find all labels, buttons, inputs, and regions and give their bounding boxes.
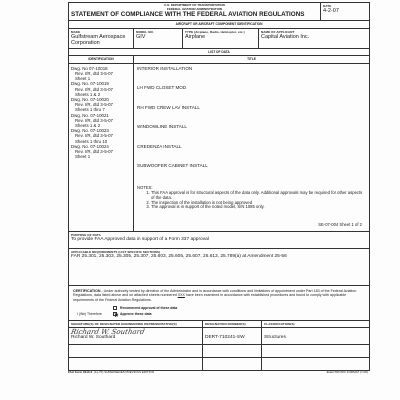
- list-item-ident: Dwg. No. 07-10023 Rev. I/R, dtd 3-5-07 S…: [71, 128, 131, 144]
- list-item-ident: Dwg. No. 07-10020 Rev. I/R, dtd 3-5-07 S…: [71, 97, 131, 113]
- empty-cell: [203, 345, 262, 357]
- approval-options: Recommend approval of these data I (We) …: [73, 305, 365, 317]
- list-item-title: LH FWD CLOSET MOD: [137, 85, 366, 90]
- form-edition-info: FAA Form 8110-3 (11-70) SUPERSEDES PREVI…: [68, 370, 154, 374]
- certification-row: CERTIFICATION - Under authority vested b…: [69, 286, 369, 321]
- faa-form-8110-3: U.S. DEPARTMENT OF TRANSPORTATION FEDERA…: [68, 2, 370, 371]
- form-title: STATEMENT OF COMPLIANCE WITH THE FEDERAL…: [71, 11, 318, 19]
- make-cell: MAKE Gulfstream Aerospace Corporation: [69, 29, 134, 48]
- list-item-title: SUBWOOFER CABINET INSTALL: [137, 163, 366, 168]
- type-value: Airplane: [185, 34, 256, 41]
- purpose-row: PURPOSE OF DATA To provide FAA Approved …: [69, 232, 369, 249]
- empty-cell: [203, 358, 262, 370]
- empty-cell: [69, 358, 203, 370]
- empty-cell: [262, 345, 369, 357]
- identification-row: MAKE Gulfstream Aerospace Corporation MO…: [69, 29, 369, 49]
- title-block: U.S. DEPARTMENT OF TRANSPORTATION FEDERA…: [69, 3, 321, 20]
- signature-label: SIGNATURE(S) OF DESIGNATED ENGINEERING R…: [69, 321, 203, 327]
- list-of-data-header: LIST OF DATA: [69, 49, 369, 57]
- date-block: DATE 4-2-07: [321, 3, 369, 20]
- col-identification: IDENTIFICATION: [69, 56, 134, 63]
- list-item-title: RH FWD CREW LAV INSTALL: [137, 105, 366, 110]
- approve-option[interactable]: I (We) Therefore Approve these data: [113, 311, 365, 317]
- list-item-title: CREDENZA INSTALL: [137, 144, 366, 149]
- sheet-reference: SE-07-004 Sheet 1 of 2: [137, 222, 366, 227]
- requirements-cell: APPLICABLE REQUIREMENTS (List specific s…: [69, 249, 369, 285]
- note-item: The approval is in support of the noted …: [151, 205, 366, 210]
- list-of-data-title: LIST OF DATA: [69, 49, 369, 56]
- title-column: INTERIOR INSTALLATION LH FWD CLOSET MOD …: [134, 64, 369, 231]
- electronic-format: ELECTRONIC FORMAT (7-00): [327, 370, 368, 374]
- certification-cell: CERTIFICATION - Under authority vested b…: [69, 286, 369, 320]
- empty-cell: [69, 345, 203, 357]
- designation-value: DERT-710241-SW: [205, 335, 259, 342]
- signature-header-row: SIGNATURE(S) OF DESIGNATED ENGINEERING R…: [69, 321, 369, 328]
- model-cell: MODEL NO. GIV: [134, 29, 183, 48]
- notes-block: NOTES: This FAA approval is for structur…: [137, 186, 366, 210]
- signature-cell: Richard W. Southard Richard W. Southard: [69, 328, 203, 344]
- form-number: FAA Form 8110-3: [68, 370, 92, 374]
- handwritten-signature: Richard W. Southard: [70, 329, 200, 335]
- classification-cell: Structures: [262, 328, 369, 344]
- list-column-headers: IDENTIFICATION TITLE: [69, 56, 369, 64]
- identification-header: AIRCRAFT OR AIRCRAFT COMPONENT IDENTIFIC…: [69, 21, 369, 29]
- empty-signature-row-2: [69, 358, 369, 370]
- notes-list: This FAA approval is for structural aspe…: [137, 191, 366, 210]
- model-value: GIV: [136, 34, 180, 41]
- form-edition: (11-70) SUPERSEDES PREVIOUS EDITION: [94, 370, 154, 374]
- empty-cell: [262, 358, 369, 370]
- list-item-title: INTERIOR INSTALLATION: [137, 66, 366, 71]
- classification-label: CLASSIFICATION(S): [262, 321, 369, 327]
- certification-text: CERTIFICATION - Under authority vested b…: [73, 289, 365, 302]
- list-of-data-body: Dwg. No 07-10018 Rev. I/R, dtd 3-5-07 Sh…: [69, 64, 369, 232]
- requirements-row: APPLICABLE REQUIREMENTS (List specific s…: [69, 249, 369, 286]
- approve-label: Approve these data: [120, 312, 151, 316]
- list-item-ident: Dwg. No. 07-10024 Rev. I/R, dtd 3-5-07 S…: [71, 144, 131, 160]
- purpose-cell: PURPOSE OF DATA To provide FAA Approved …: [69, 232, 369, 248]
- type-cell: TYPE (Airplane, Radio, Helicopter, etc.)…: [183, 29, 259, 48]
- therefore-label: I (We) Therefore: [77, 312, 102, 316]
- date-value: 4-2-07: [323, 8, 367, 15]
- classification-value: Structures: [264, 335, 367, 342]
- empty-signature-row-1: [69, 345, 369, 358]
- sheets: Sheet 1: [71, 154, 131, 159]
- list-item-ident: Dwg. No. 07-10019 Rev. I/R, dtd 3-5-07 S…: [71, 81, 131, 97]
- make-value-line2: Corporation: [71, 40, 131, 47]
- designation-cell: DERT-710241-SW: [203, 328, 262, 344]
- applicant-cell: NAME OF APPLICANT Capital Aviation Inc.: [259, 29, 369, 48]
- form-header: U.S. DEPARTMENT OF TRANSPORTATION FEDERA…: [69, 3, 369, 21]
- identification-column: Dwg. No 07-10018 Rev. I/R, dtd 3-5-07 Sh…: [69, 64, 134, 231]
- designation-label: DESIGNATION NUMBER(S): [203, 321, 262, 327]
- certification-label: CERTIFICATION: [73, 289, 100, 293]
- signature-row: Richard W. Southard Richard W. Southard …: [69, 328, 369, 345]
- list-item-title: WINDOWLINE INSTALL: [137, 124, 366, 129]
- list-item-ident: Dwg. No 07-10018 Rev. I/R, dtd 3-5-07 Sh…: [71, 66, 131, 82]
- approve-checkbox[interactable]: [113, 312, 117, 316]
- requirements-value: FAR 25.301, 25.303, 25.305, 25.307, 25.6…: [71, 254, 367, 261]
- list-item-ident: Dwg. No. 07-10021 Rev. I/R, dtd 3-5-07 S…: [71, 113, 131, 129]
- applicant-value: Capital Aviation Inc.: [261, 34, 367, 41]
- purpose-value: To provide FAA Approved data in support …: [71, 237, 367, 244]
- recommend-checkbox[interactable]: [113, 306, 117, 310]
- form-footer: FAA Form 8110-3 (11-70) SUPERSEDES PREVI…: [68, 370, 368, 374]
- recommend-label: Recommend approval of these data: [120, 306, 177, 310]
- col-title: TITLE: [134, 56, 369, 63]
- identification-section-title: AIRCRAFT OR AIRCRAFT COMPONENT IDENTIFIC…: [69, 21, 369, 28]
- sheets-numbered: XXX: [178, 293, 185, 297]
